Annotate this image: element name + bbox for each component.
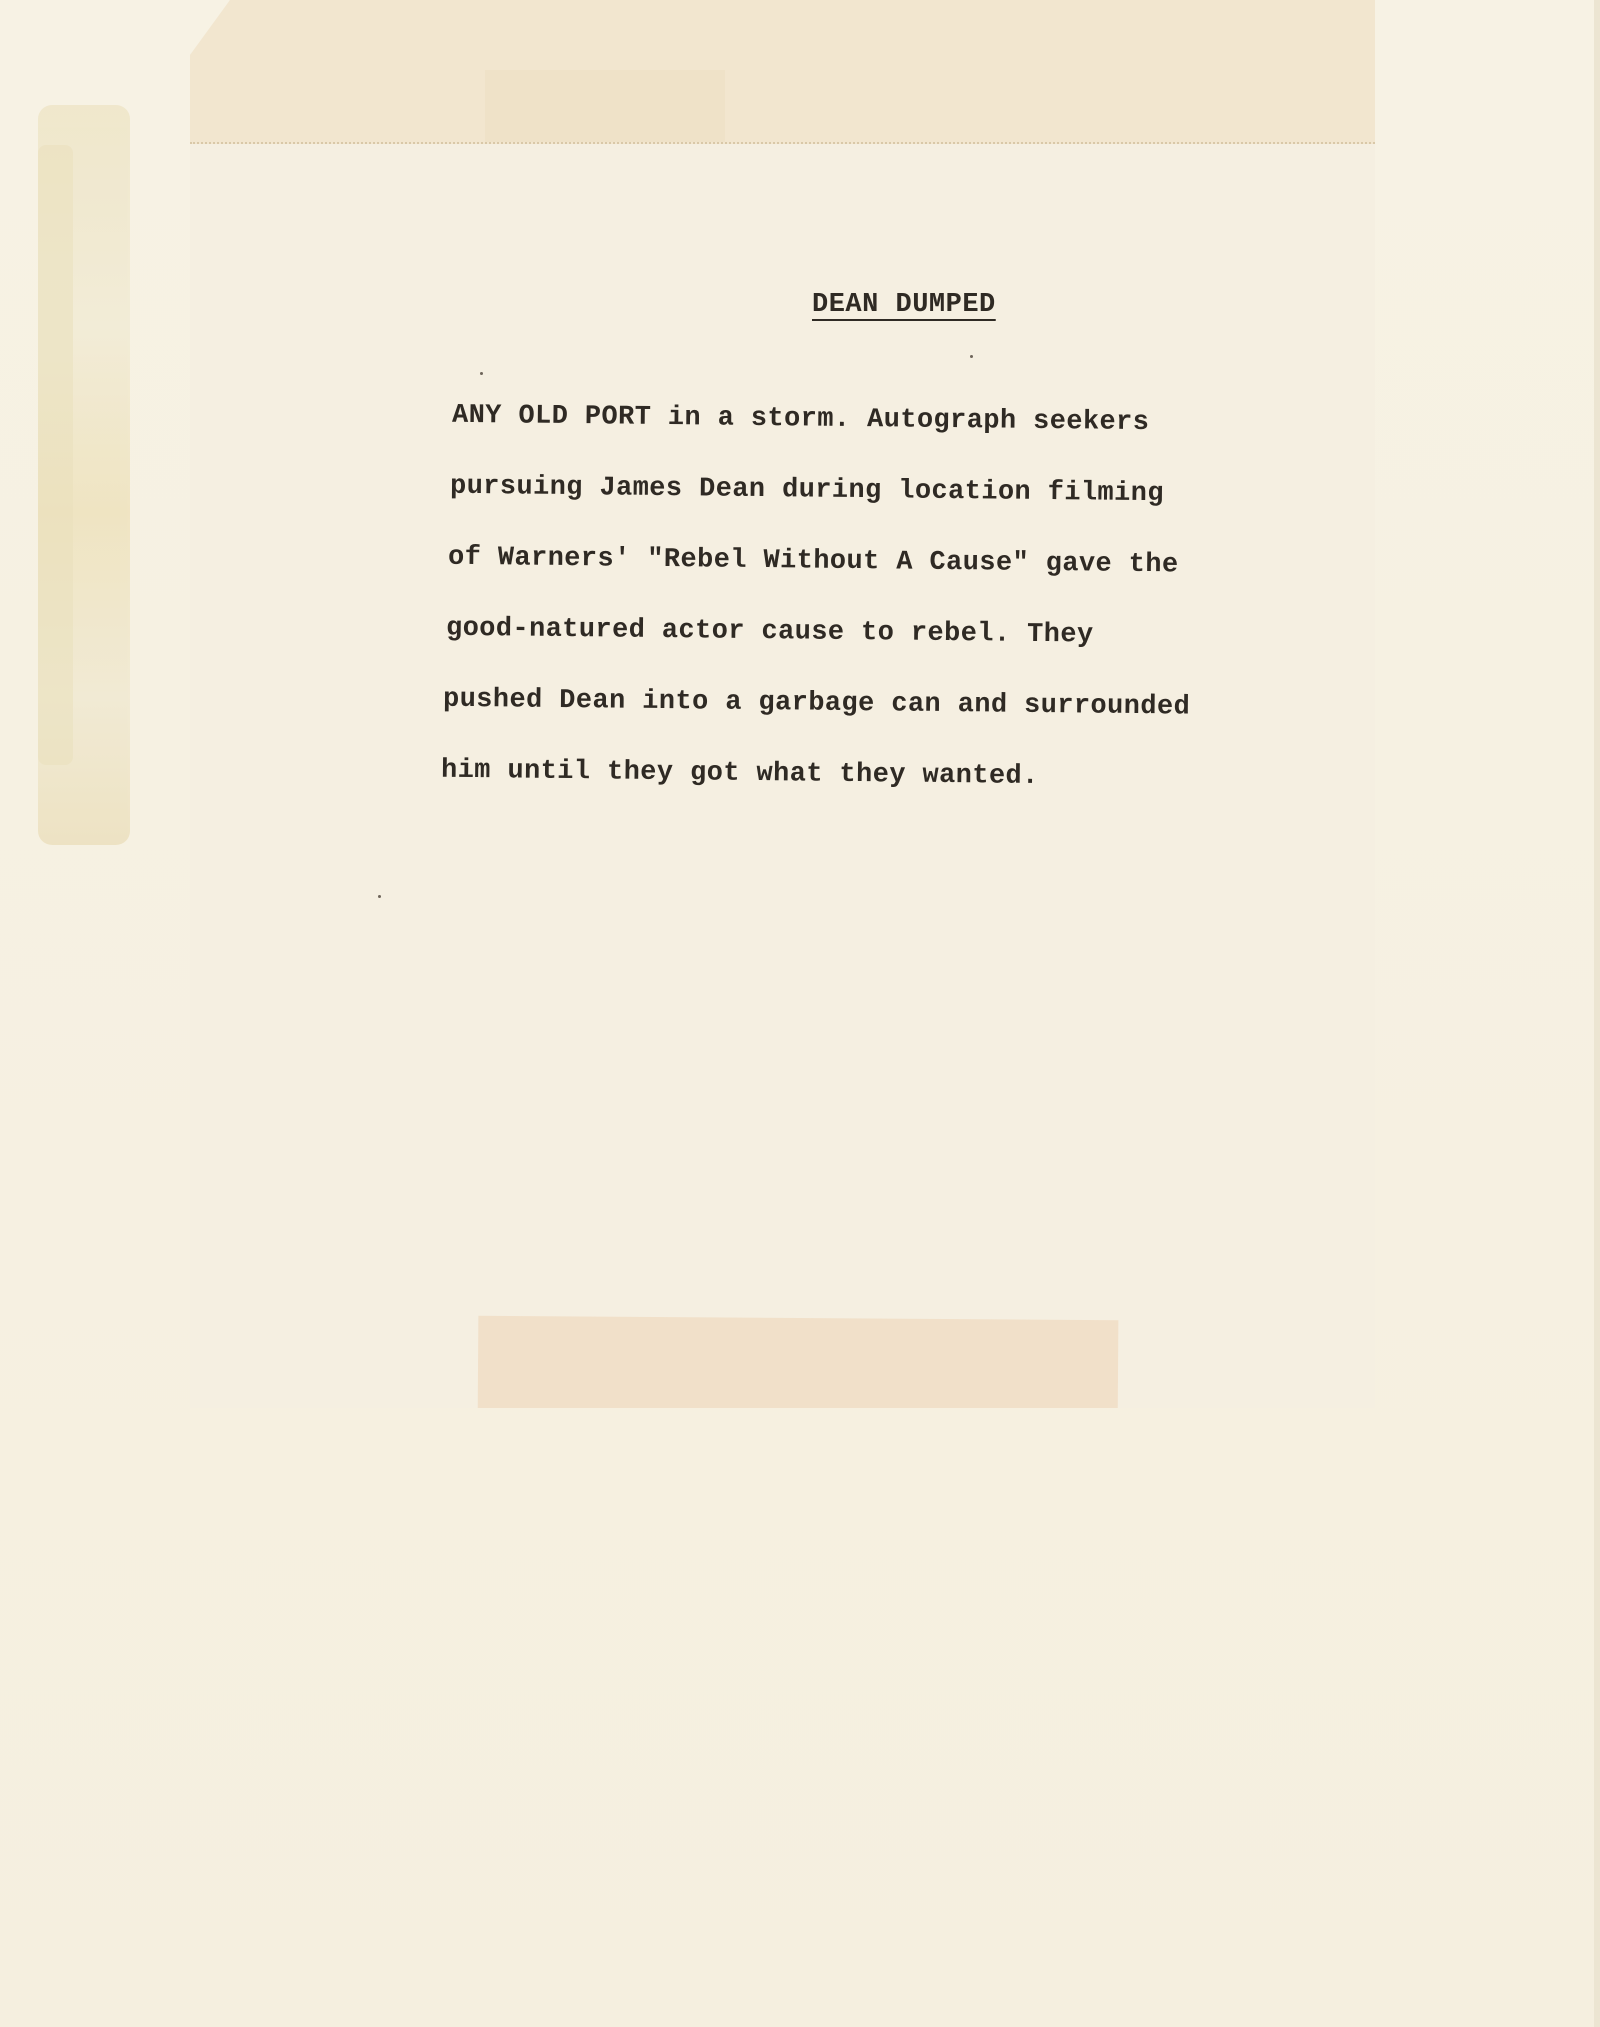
caption-line: pursuing James Dean during location film… — [450, 452, 1261, 531]
caption-line: of Warners' "Rebel Without A Cause" gave… — [448, 523, 1261, 602]
caption-line: him until they got what they wanted. — [441, 736, 1261, 816]
top-tape-band — [190, 0, 1375, 144]
photo-mount-backing: VF7926 DEAN DUMPED ANY OLD PORT in a sto… — [0, 0, 1600, 2027]
bottom-tape-patch — [478, 1316, 1119, 1427]
caption-line: pushed Dean into a garbage can and surro… — [443, 665, 1261, 745]
tape-patch — [485, 70, 725, 142]
ink-speck — [970, 355, 973, 358]
caption-line: good-natured actor cause to rebel. They — [446, 594, 1261, 674]
caption-headline: DEAN DUMPED — [812, 290, 996, 320]
ink-speck — [480, 372, 483, 375]
mount-edge — [1594, 0, 1600, 2027]
caption-body: ANY OLD PORT in a storm. Autograph seeke… — [440, 385, 1260, 811]
ink-speck — [378, 895, 381, 898]
aged-tape-strip — [38, 105, 130, 845]
caption-line: ANY OLD PORT in a storm. Autograph seeke… — [452, 381, 1261, 460]
